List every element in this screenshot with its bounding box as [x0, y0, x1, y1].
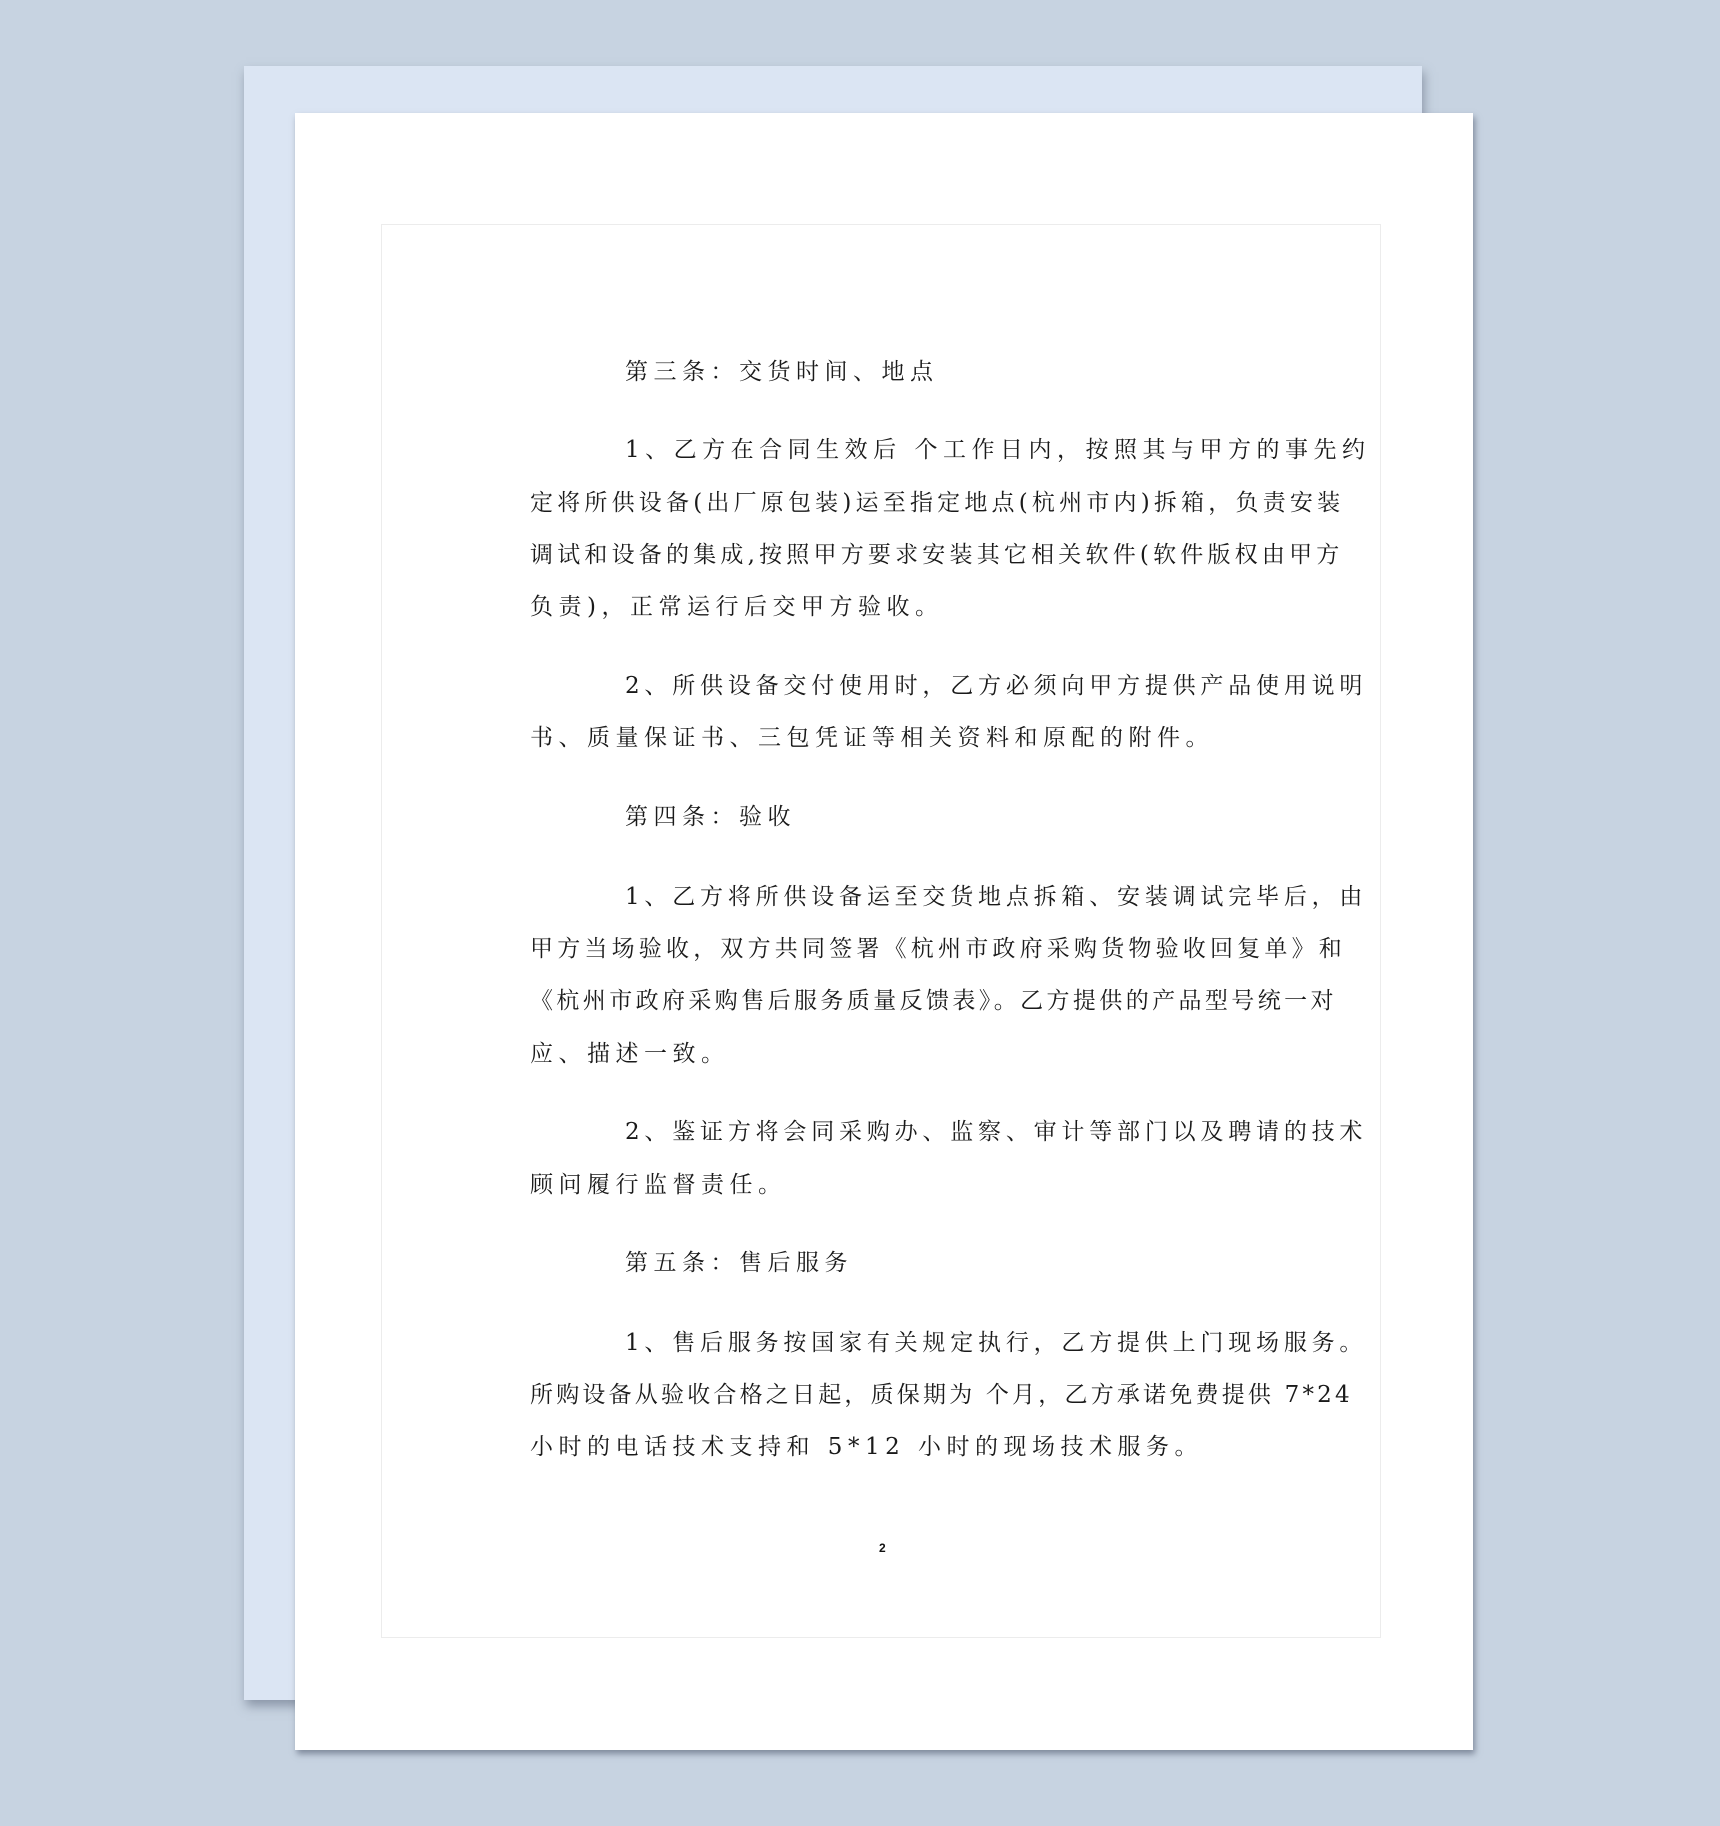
paragraph-line: 应、描述一致。 [530, 1040, 730, 1068]
paragraph-line: 《杭州市政府采购售后服务质量反馈表》。乙方提供的产品型号统一对 [530, 987, 1337, 1015]
paragraph-line: 顾问履行监督责任。 [530, 1171, 787, 1199]
paragraph-line: 1、乙方在合同生效后 个工作日内，按照其与甲方的事先约 [625, 436, 1370, 464]
paragraph-line: 调试和设备的集成,按照甲方要求安装其它相关软件(软件版权由甲方 [530, 541, 1343, 569]
heading-article-4: 第四条：验收 [625, 803, 796, 831]
paragraph-line: 2、鉴证方将会同采购办、监察、审计等部门以及聘请的技术 [625, 1118, 1367, 1146]
page-number: 2 [879, 1541, 886, 1555]
paragraph-line: 1、乙方将所供设备运至交货地点拆箱、安装调试完毕后，由 [625, 883, 1367, 911]
heading-article-3: 第三条：交货时间、地点 [625, 358, 939, 386]
paragraph-line: 书、质量保证书、三包凭证等相关资料和原配的附件。 [530, 724, 1214, 752]
paragraph-line: 2、所供设备交付使用时，乙方必须向甲方提供产品使用说明 [625, 672, 1367, 700]
document-page: 第三条：交货时间、地点 1、乙方在合同生效后 个工作日内，按照其与甲方的事先约 … [295, 113, 1473, 1750]
paragraph-line: 小时的电话技术支持和 5*12 小时的现场技术服务。 [530, 1433, 1203, 1461]
paragraph-line: 所购设备从验收合格之日起，质保期为 个月，乙方承诺免费提供 7*24 [530, 1381, 1353, 1409]
paragraph-line: 1、售后服务按国家有关规定执行，乙方提供上门现场服务。 [625, 1329, 1367, 1357]
paragraph-line: 甲方当场验收，双方共同签署《杭州市政府采购货物验收回复单》和 [530, 935, 1346, 963]
paragraph-line: 负责)，正常运行后交甲方验收。 [530, 593, 943, 621]
paragraph-line: 定将所供设备(出厂原包装)运至指定地点(杭州市内)拆箱，负责安装 [530, 489, 1344, 517]
heading-article-5: 第五条：售后服务 [625, 1249, 853, 1277]
